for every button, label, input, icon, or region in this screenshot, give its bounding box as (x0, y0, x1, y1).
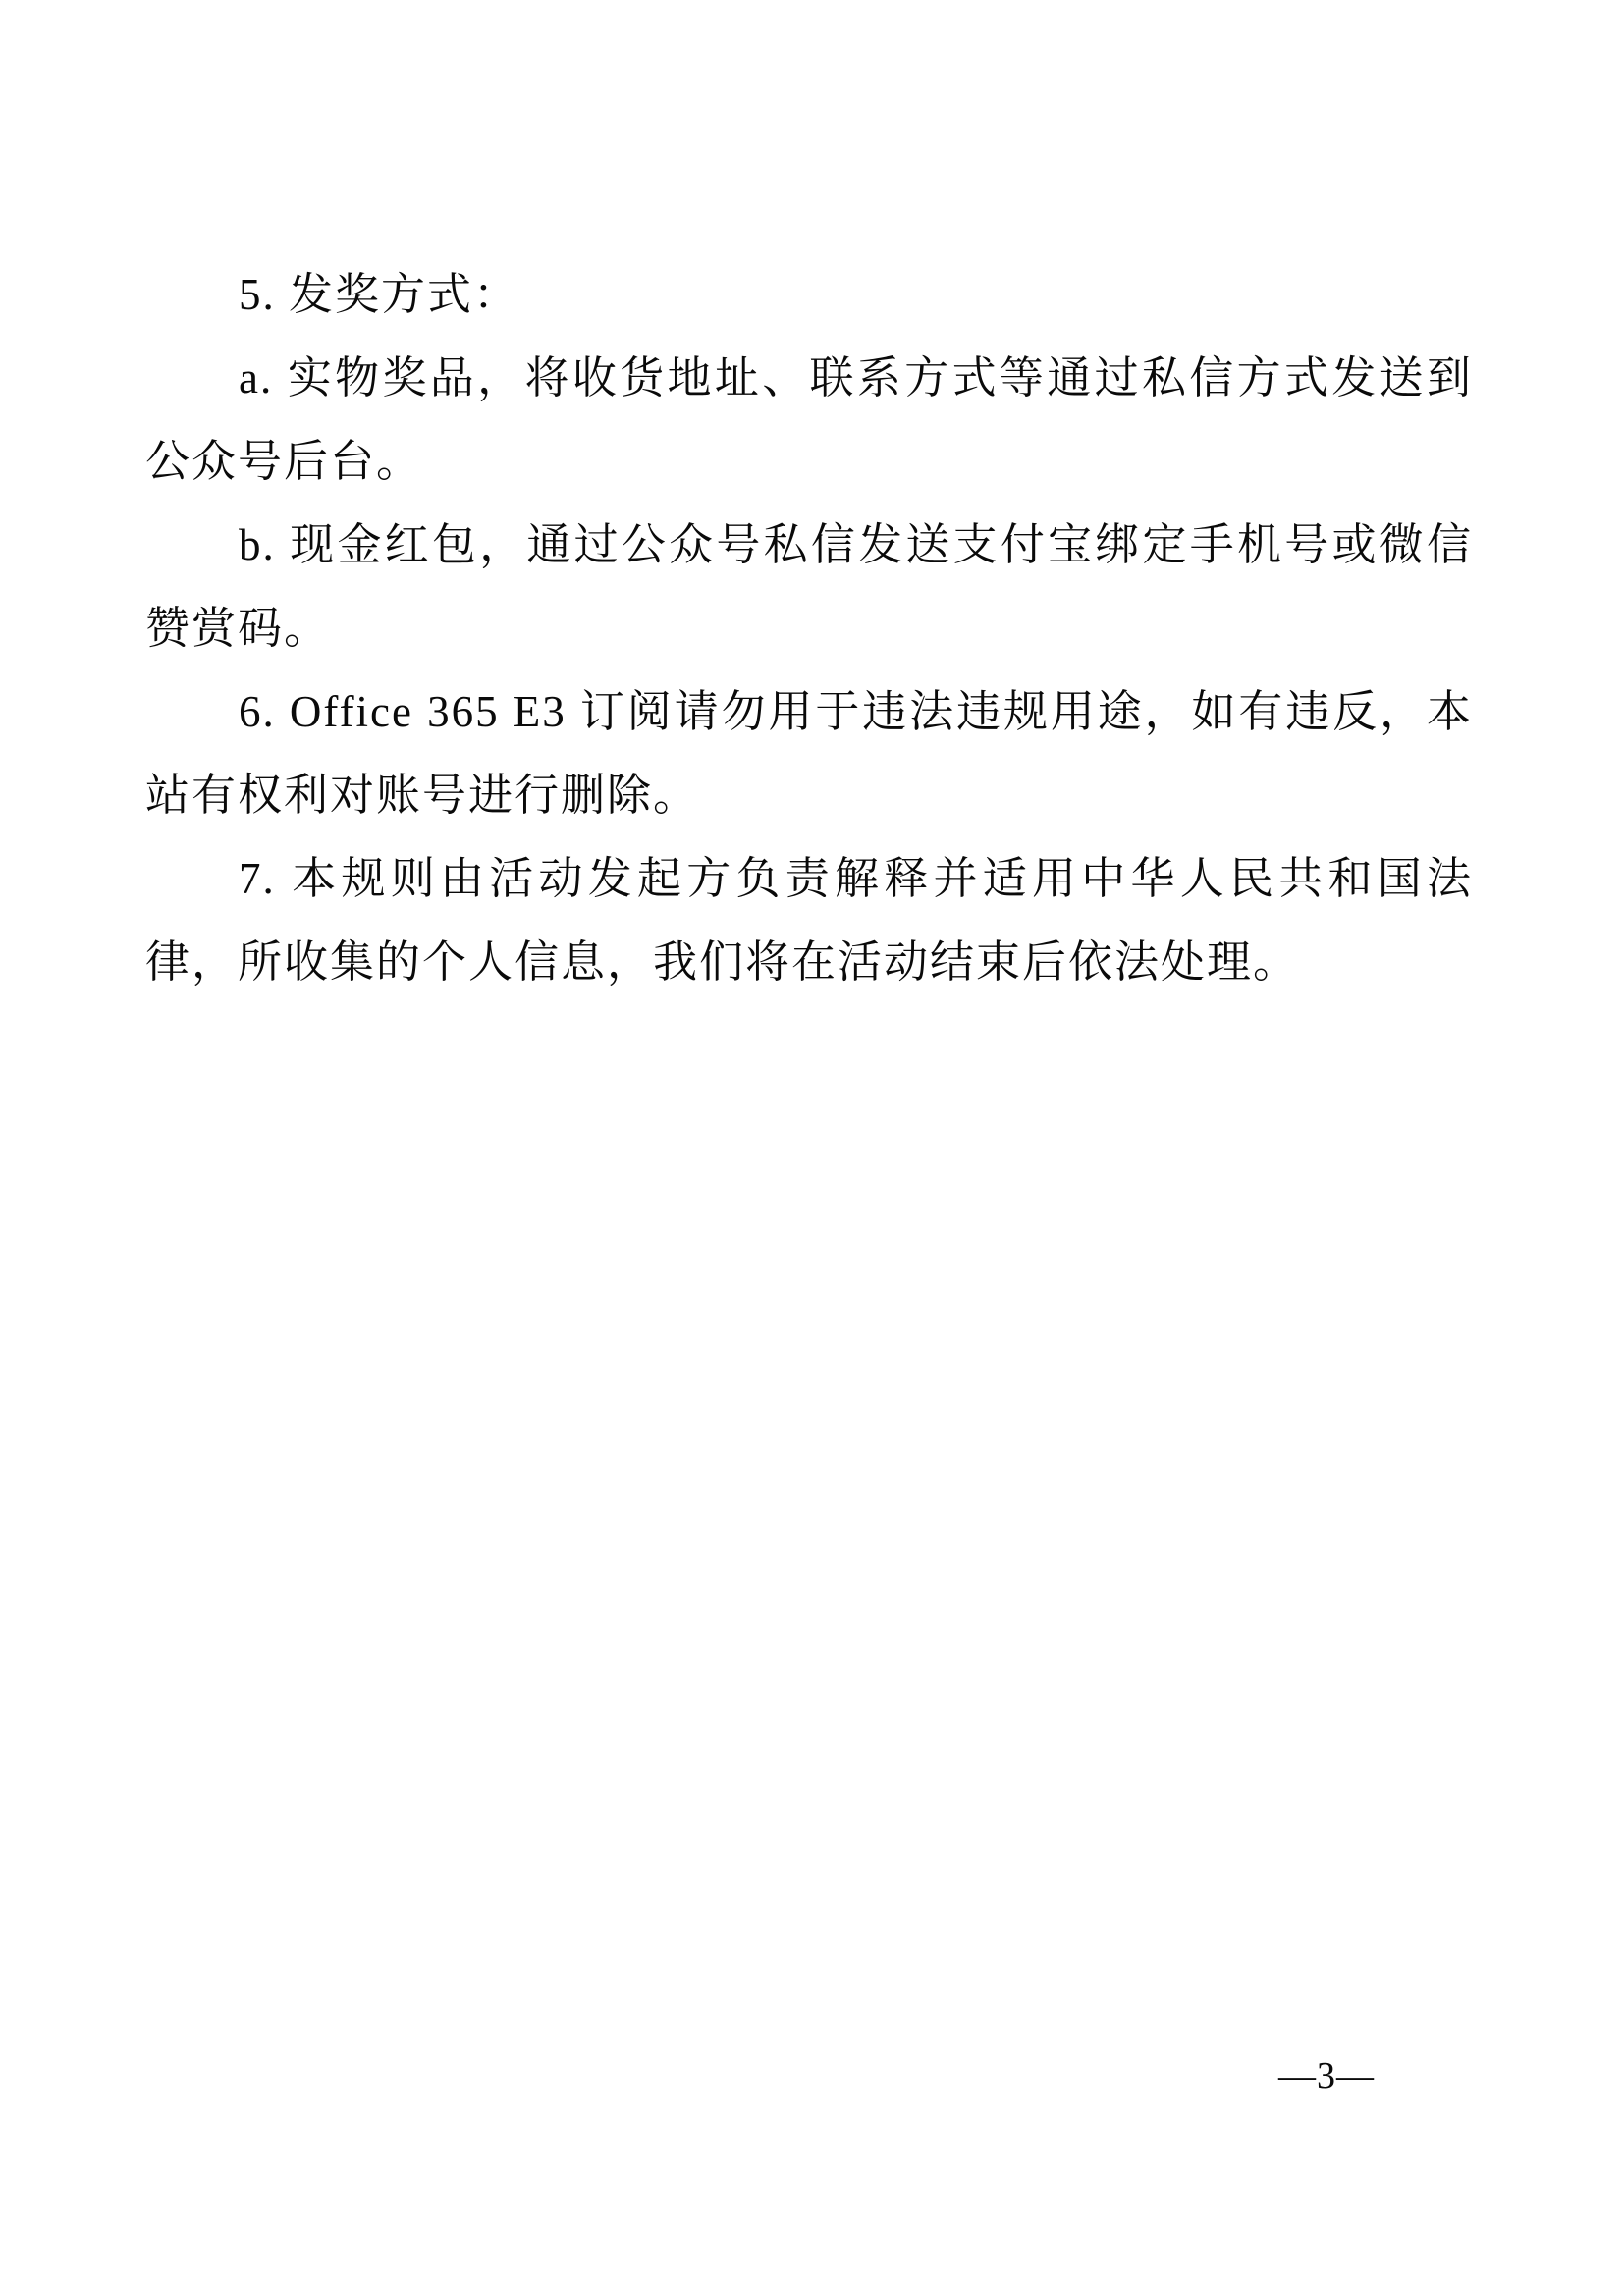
paragraph-item-5-heading: 5. 发奖方式： (145, 253, 1473, 337)
paragraph-item-b: b. 现金红包，通过公众号私信发送支付宝绑定手机号或微信赞赏码。 (145, 504, 1473, 670)
paragraph-item-a: a. 实物奖品，将收货地址、联系方式等通过私信方式发送到公众号后台。 (145, 337, 1473, 504)
paragraph-item-6: 6. Office 365 E3 订阅请勿用于违法违规用途，如有违反，本站有权利… (145, 670, 1473, 837)
document-body: 5. 发奖方式： a. 实物奖品，将收货地址、联系方式等通过私信方式发送到公众号… (145, 253, 1473, 1004)
page-number: —3— (1278, 2052, 1375, 2101)
document-page: 5. 发奖方式： a. 实物奖品，将收货地址、联系方式等通过私信方式发送到公众号… (0, 0, 1624, 2296)
paragraph-item-7: 7. 本规则由活动发起方负责解释并适用中华人民共和国法律，所收集的个人信息，我们… (145, 837, 1473, 1004)
